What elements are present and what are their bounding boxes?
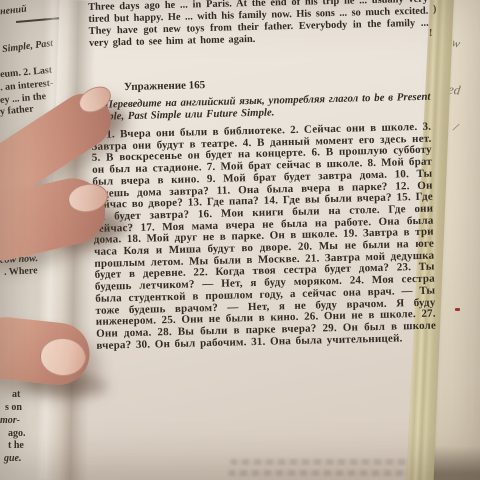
left-page-text-fragment: . Where	[4, 265, 38, 278]
left-page-text-fragment: Simple, Past	[2, 38, 54, 55]
red-ink-speck	[455, 308, 460, 311]
english-fill-in-paragraph: Three days ago he ... in Paris. At the e…	[88, 0, 429, 50]
page-text-column: Three days ago he ... in Paris. At the e…	[88, 0, 436, 352]
left-page-text-fragment: gue.	[4, 453, 22, 464]
edge-ink-mark: )	[433, 4, 436, 15]
show-through-text	[230, 459, 420, 465]
left-page-text-fragment: at	[12, 389, 20, 400]
left-page-text-fragment: t he	[8, 440, 24, 451]
pencil-mark: /	[452, 120, 460, 135]
edge-ink-mark: !	[429, 28, 432, 39]
left-page-text-fragment: s on	[5, 402, 22, 413]
show-through-text	[228, 470, 424, 476]
exercise-sentences: 1. Вчера они были в библиотеке. 2. Сейча…	[91, 122, 436, 353]
running-head-rule	[16, 17, 62, 23]
exercise-instruction: Переведите на английский язык, употребля…	[90, 90, 430, 123]
left-page-text-fragment: y father	[0, 104, 34, 118]
left-page-running-head: нений	[0, 4, 27, 18]
exercise-title: Упражнение 165	[124, 73, 430, 92]
photo-of-open-textbook: w ed / нений Simple, Past eum. 2. Last .…	[0, 0, 480, 480]
left-page-text-fragment: ago.	[8, 428, 26, 439]
left-page-text-fragment: . an interest-	[0, 78, 54, 94]
left-page-text-fragment: mor-	[0, 415, 20, 426]
